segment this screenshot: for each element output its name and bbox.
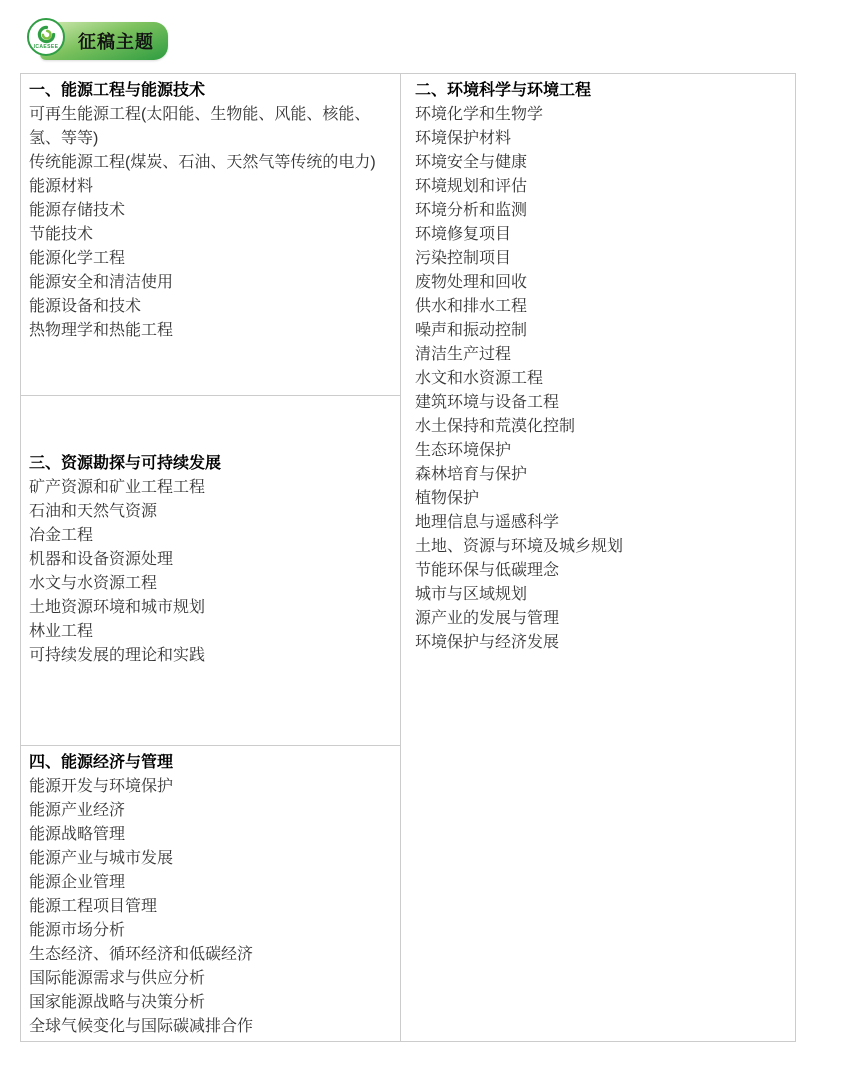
- topic-item: 能源企业管理: [29, 871, 392, 895]
- topic-list: 矿产资源和矿业工程工程石油和天然气资源冶金工程机器和设备资源处理水文与水资源工程…: [29, 476, 392, 668]
- topic-item: 城市与区域规划: [415, 583, 787, 607]
- topic-item: 能源化学工程: [29, 247, 392, 271]
- topic-item: 节能环保与低碳理念: [415, 559, 787, 583]
- topic-item: 冶金工程: [29, 524, 392, 548]
- badge-title: 征稿主题: [78, 28, 154, 54]
- topic-item: 石油和天然气资源: [29, 500, 392, 524]
- topic-item: 水文和水资源工程: [415, 367, 787, 391]
- topic-item: 能源材料: [29, 175, 392, 199]
- topic-item: 能源安全和清洁使用: [29, 271, 392, 295]
- topic-item: 生态经济、循环经济和低碳经济: [29, 943, 392, 967]
- topic-item: 噪声和振动控制: [415, 319, 787, 343]
- topic-item: 热物理学和热能工程: [29, 319, 392, 343]
- topics-table: 一、能源工程与能源技术 可再生能源工程(太阳能、生物能、风能、核能、氢、等等)传…: [20, 73, 796, 1042]
- topic-item: 节能技术: [29, 223, 392, 247]
- topic-list: 可再生能源工程(太阳能、生物能、风能、核能、氢、等等)传统能源工程(煤炭、石油、…: [29, 103, 392, 343]
- topic-item: 废物处理和回收: [415, 271, 787, 295]
- left-column: 一、能源工程与能源技术 可再生能源工程(太阳能、生物能、风能、核能、氢、等等)传…: [21, 74, 401, 1041]
- topic-item: 机器和设备资源处理: [29, 548, 392, 572]
- topic-item: 能源产业经济: [29, 799, 392, 823]
- topic-item: 源产业的发展与管理: [415, 607, 787, 631]
- call-for-papers-badge: 征稿主题 ICAESEE: [27, 17, 187, 63]
- topic-list: 环境化学和生物学环境保护材料环境安全与健康环境规划和评估环境分析和监测环境修复项…: [415, 103, 787, 655]
- section-energy-engineering: 一、能源工程与能源技术 可再生能源工程(太阳能、生物能、风能、核能、氢、等等)传…: [21, 74, 400, 395]
- topic-item: 林业工程: [29, 620, 392, 644]
- section-energy-economy: 四、能源经济与管理 能源开发与环境保护能源产业经济能源战略管理能源产业与城市发展…: [21, 745, 400, 1041]
- topic-item: 供水和排水工程: [415, 295, 787, 319]
- topic-item: 环境化学和生物学: [415, 103, 787, 127]
- section-title: 二、环境科学与环境工程: [415, 79, 787, 103]
- swirl-logo-icon: [37, 25, 56, 44]
- topic-item: 国家能源战略与决策分析: [29, 991, 392, 1015]
- topic-item: 地理信息与遥感科学: [415, 511, 787, 535]
- topic-item: 能源工程项目管理: [29, 895, 392, 919]
- topic-item: 土地、资源与环境及城乡规划: [415, 535, 787, 559]
- section-resource-exploration: 三、资源勘探与可持续发展 矿产资源和矿业工程工程石油和天然气资源冶金工程机器和设…: [21, 395, 400, 745]
- section-environmental-science: 二、环境科学与环境工程 环境化学和生物学环境保护材料环境安全与健康环境规划和评估…: [401, 74, 795, 1041]
- topic-item: 可持续发展的理论和实践: [29, 644, 392, 668]
- logo-text: ICAESEE: [34, 44, 59, 50]
- topic-item: 森林培育与保护: [415, 463, 787, 487]
- topic-item: 国际能源需求与供应分析: [29, 967, 392, 991]
- topic-item: 传统能源工程(煤炭、石油、天然气等传统的电力): [29, 151, 392, 175]
- topic-item: 能源存储技术: [29, 199, 392, 223]
- topic-item: 环境安全与健康: [415, 151, 787, 175]
- section-title: 四、能源经济与管理: [29, 751, 392, 775]
- topic-item: 水文与水资源工程: [29, 572, 392, 596]
- topic-item: 土地资源环境和城市规划: [29, 596, 392, 620]
- topic-item: 环境修复项目: [415, 223, 787, 247]
- topic-item: 矿产资源和矿业工程工程: [29, 476, 392, 500]
- topic-item: 环境保护材料: [415, 127, 787, 151]
- topic-item: 污染控制项目: [415, 247, 787, 271]
- conference-logo: ICAESEE: [27, 18, 65, 56]
- topic-item: 能源市场分析: [29, 919, 392, 943]
- topic-item: 环境规划和评估: [415, 175, 787, 199]
- topic-item: 环境分析和监测: [415, 199, 787, 223]
- topic-item: 环境保护与经济发展: [415, 631, 787, 655]
- topic-item: 能源开发与环境保护: [29, 775, 392, 799]
- topic-item: 可再生能源工程(太阳能、生物能、风能、核能、氢、等等): [29, 103, 392, 151]
- section-title: 三、资源勘探与可持续发展: [29, 452, 392, 476]
- topic-item: 水土保持和荒漠化控制: [415, 415, 787, 439]
- topic-item: 生态环境保护: [415, 439, 787, 463]
- topic-item: 能源战略管理: [29, 823, 392, 847]
- topic-item: 能源设备和技术: [29, 295, 392, 319]
- topic-item: 建筑环境与设备工程: [415, 391, 787, 415]
- topic-item: 全球气候变化与国际碳减排合作: [29, 1015, 392, 1039]
- topic-item: 能源产业与城市发展: [29, 847, 392, 871]
- topic-list: 能源开发与环境保护能源产业经济能源战略管理能源产业与城市发展能源企业管理能源工程…: [29, 775, 392, 1039]
- section-title: 一、能源工程与能源技术: [29, 79, 392, 103]
- topic-item: 植物保护: [415, 487, 787, 511]
- right-column: 二、环境科学与环境工程 环境化学和生物学环境保护材料环境安全与健康环境规划和评估…: [401, 74, 795, 1041]
- topic-item: 清洁生产过程: [415, 343, 787, 367]
